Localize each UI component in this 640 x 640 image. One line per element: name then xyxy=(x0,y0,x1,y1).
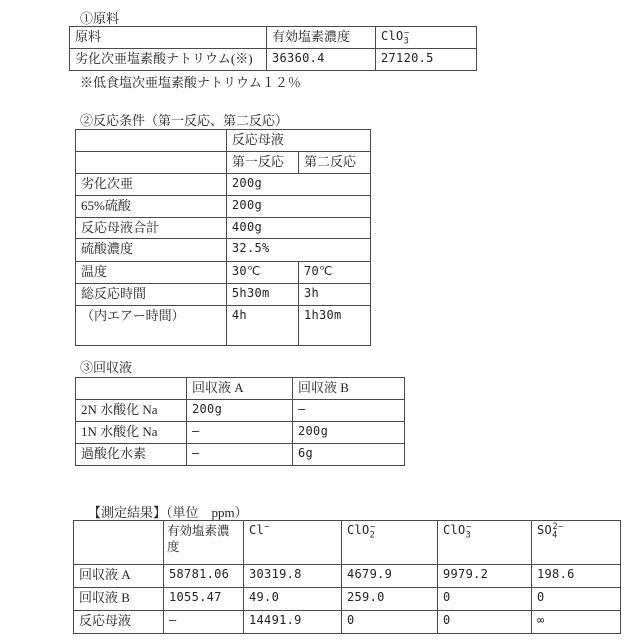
formula-superscript: − xyxy=(370,522,375,532)
clo3-value-cell: 27120.5 xyxy=(376,48,477,70)
table-header-row: 反応母液 xyxy=(76,130,371,152)
row-label-cell: 反応母液 xyxy=(74,611,164,634)
document-page: ①原料 原料 有効塩素濃度 ClO3− 劣化次亜塩素酸ナトリウム(※) 3636… xyxy=(0,0,640,640)
table-row: 硫酸濃度 32.5% xyxy=(76,239,371,262)
formula-superscript: − xyxy=(264,522,269,532)
group-header-mother-liquor-cell: 反応母液 xyxy=(226,130,370,152)
blank-cell xyxy=(76,378,187,400)
header-clo3-cell: ClO3− xyxy=(376,27,477,49)
header-effective-chlorine-cell: 有効塩素濃度 xyxy=(267,27,376,49)
section-title-reaction-conditions: ②反応条件（第一反応、第二反応） xyxy=(80,110,288,129)
value-cell: 30℃ xyxy=(226,262,298,284)
value-cell: 198.6 xyxy=(532,565,621,588)
table-row: （内エアー時間） 4h 1h30m xyxy=(76,306,371,346)
section-title-recovery-liquid: ③回収液 xyxy=(80,357,132,376)
footnote-raw-material: ※低食塩次亜塩素酸ナトリウム１２％ xyxy=(80,72,301,91)
row-label-cell: 温度 xyxy=(76,262,227,284)
header-recovery-b-cell: 回収液 B xyxy=(293,378,405,400)
row-label-cell: （内エアー時間） xyxy=(76,306,227,346)
material-name-cell: 劣化次亜塩素酸ナトリウム(※) xyxy=(70,48,267,70)
effective-chlorine-value-cell: 36360.4 xyxy=(267,48,376,70)
table-row: 劣化次亜 200g xyxy=(76,173,371,195)
header-cl-cell: Cl− xyxy=(244,521,342,565)
value-cell: ∞ xyxy=(532,611,621,634)
value-cell: 58781.06 xyxy=(164,565,244,588)
raw-material-table: 原料 有効塩素濃度 ClO3− 劣化次亜塩素酸ナトリウム(※) 36360.4 … xyxy=(69,26,477,71)
formula-main: ClO xyxy=(381,29,404,43)
header-so4-cell: SO42− xyxy=(532,521,621,565)
value-cell: 32.5% xyxy=(226,239,370,262)
table-row: 反応母液合計 400g xyxy=(76,217,371,239)
value-cell: 4679.9 xyxy=(342,565,438,588)
table-header-row: 第一反応 第二反応 xyxy=(76,151,371,173)
value-cell: 200g xyxy=(226,195,370,217)
table-row: 総反応時間 5h30m 3h xyxy=(76,284,371,306)
value-cell: 200g xyxy=(226,173,370,195)
recovery-liquid-table: 回収液 A 回収液 B 2N 水酸化 Na 200g ― 1N 水酸化 Na ―… xyxy=(75,377,405,466)
table-row: 反応母液 ― 14491.9 0 0 ∞ xyxy=(74,611,621,634)
value-cell: ― xyxy=(293,400,405,422)
header-first-reaction-cell: 第一反応 xyxy=(226,151,298,173)
row-label-cell: 回収液 B xyxy=(74,588,164,611)
value-cell: ― xyxy=(187,444,293,466)
value-cell: 49.0 xyxy=(244,588,342,611)
table-row: 温度 30℃ 70℃ xyxy=(76,262,371,284)
table-row: 回収液 A 58781.06 30319.8 4679.9 9979.2 198… xyxy=(74,565,621,588)
value-cell: 200g xyxy=(293,422,405,444)
value-cell: 259.0 xyxy=(342,588,438,611)
header-recovery-a-cell: 回収液 A xyxy=(187,378,293,400)
value-cell: 200g xyxy=(187,400,293,422)
section-title-measurement: 【測定結果】（単位 ppm） xyxy=(88,502,248,521)
table-row: 過酸化水素 ― 6g xyxy=(76,444,405,466)
value-cell: 0 xyxy=(342,611,438,634)
formula-superscript: − xyxy=(466,522,471,532)
formula-main: ClO xyxy=(347,523,370,537)
value-cell: 0 xyxy=(532,588,621,611)
table-row: 劣化次亜塩素酸ナトリウム(※) 36360.4 27120.5 xyxy=(70,48,477,70)
header-clo2-cell: ClO2− xyxy=(342,521,438,565)
section-title-raw-material: ①原料 xyxy=(80,8,119,27)
row-label-cell: 65%硫酸 xyxy=(76,195,227,217)
header-material-cell: 原料 xyxy=(70,27,267,49)
formula-superscript: − xyxy=(404,28,409,38)
value-cell: 0 xyxy=(438,611,532,634)
blank-cell xyxy=(76,130,227,152)
row-label-cell: 硫酸濃度 xyxy=(76,239,227,262)
value-cell: 6g xyxy=(293,444,405,466)
value-cell: 1h30m xyxy=(298,306,370,346)
table-row: 65%硫酸 200g xyxy=(76,195,371,217)
blank-cell xyxy=(74,521,164,565)
value-cell: 4h xyxy=(226,306,298,346)
row-label-cell: 回収液 A xyxy=(74,565,164,588)
measurement-table: 有効塩素濃度 Cl− ClO2− ClO3− SO42− 回収液 A 58781… xyxy=(73,520,621,634)
value-cell: 14491.9 xyxy=(244,611,342,634)
blank-cell xyxy=(76,151,227,173)
table-header-row: 有効塩素濃度 Cl− ClO2− ClO3− SO42− xyxy=(74,521,621,565)
value-cell: 0 xyxy=(438,588,532,611)
value-cell: 30319.8 xyxy=(244,565,342,588)
formula-superscript: 2− xyxy=(552,522,563,532)
table-header-row: 原料 有効塩素濃度 ClO3− xyxy=(70,27,477,49)
formula-main: Cl xyxy=(249,523,264,537)
reaction-conditions-table: 反応母液 第一反応 第二反応 劣化次亜 200g 65%硫酸 200g 反応母液… xyxy=(75,129,371,346)
table-row: 1N 水酸化 Na ― 200g xyxy=(76,422,405,444)
value-cell: 70℃ xyxy=(298,262,370,284)
value-cell: 5h30m xyxy=(226,284,298,306)
row-label-cell: 劣化次亜 xyxy=(76,173,227,195)
value-cell: 9979.2 xyxy=(438,565,532,588)
value-cell: 3h xyxy=(298,284,370,306)
value-cell: 1055.47 xyxy=(164,588,244,611)
row-label-cell: 反応母液合計 xyxy=(76,217,227,239)
table-row: 2N 水酸化 Na 200g ― xyxy=(76,400,405,422)
header-effective-chlorine-cell: 有効塩素濃度 xyxy=(164,521,244,565)
row-label-cell: 過酸化水素 xyxy=(76,444,187,466)
formula-main: ClO xyxy=(443,523,466,537)
row-label-cell: 2N 水酸化 Na xyxy=(76,400,187,422)
table-header-row: 回収液 A 回収液 B xyxy=(76,378,405,400)
header-second-reaction-cell: 第二反応 xyxy=(298,151,370,173)
value-cell: ― xyxy=(164,611,244,634)
header-clo3-cell: ClO3− xyxy=(438,521,532,565)
row-label-cell: 総反応時間 xyxy=(76,284,227,306)
row-label-cell: 1N 水酸化 Na xyxy=(76,422,187,444)
formula-main: SO xyxy=(537,523,552,537)
value-cell: 400g xyxy=(226,217,370,239)
value-cell: ― xyxy=(187,422,293,444)
table-row: 回収液 B 1055.47 49.0 259.0 0 0 xyxy=(74,588,621,611)
